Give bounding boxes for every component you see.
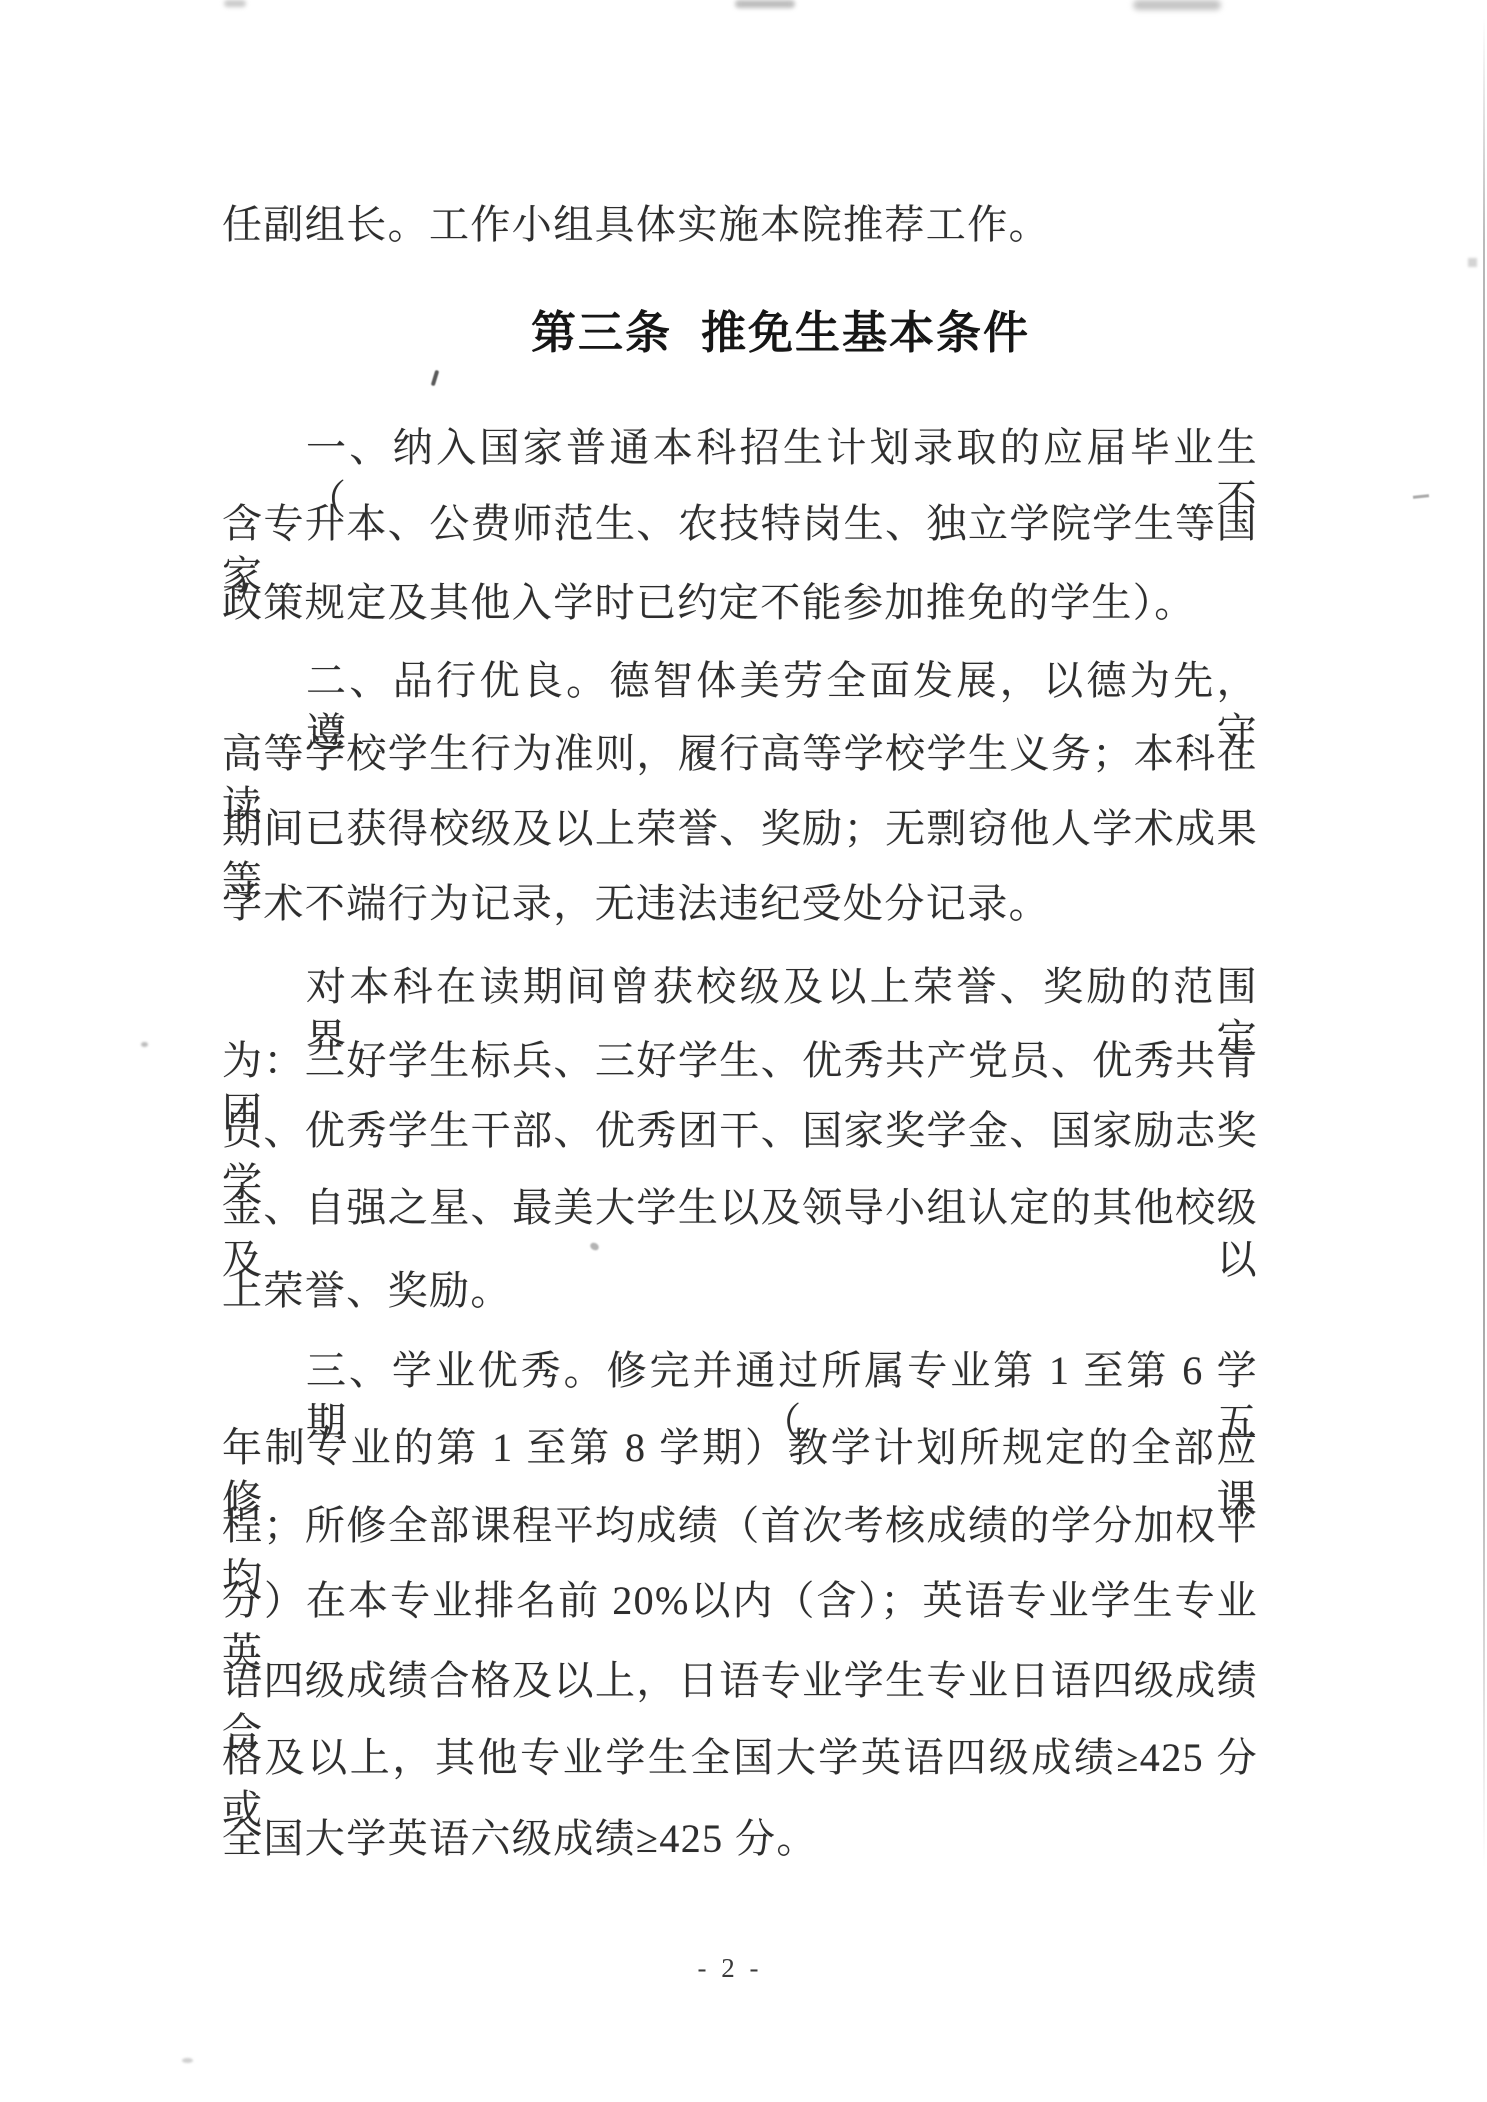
ink-speck (182, 2058, 193, 2063)
ink-speck (431, 370, 440, 386)
scanned-document-page: 任副组长。工作小组具体实施本院推荐工作。 第三条 推免生基本条件 一、纳入国家普… (0, 0, 1487, 2102)
ink-speck (141, 1042, 148, 1047)
body-line: 全国大学英语六级成绩≥425 分。 (222, 1813, 1258, 1865)
body-line: 学术不端行为记录，无违法违纪受处分记录。 (222, 878, 1258, 930)
ink-speck (1413, 494, 1429, 499)
scan-edge-line (1483, 18, 1485, 1868)
body-line: 政策规定及其他入学时已约定不能参加推免的学生）。 (222, 577, 1258, 629)
section-heading: 第三条 推免生基本条件 (531, 306, 1030, 360)
page-number: - 2 - (660, 1953, 800, 1984)
body-line: 任副组长。工作小组具体实施本院推荐工作。 (222, 199, 1258, 251)
body-line: 上荣誉、奖励。 (222, 1265, 1258, 1317)
scan-smudge-top-right (1133, 0, 1221, 10)
scan-smudge-top-left (224, 0, 246, 7)
scan-smudge-top-center (735, 0, 795, 8)
ink-speck (1468, 258, 1477, 267)
